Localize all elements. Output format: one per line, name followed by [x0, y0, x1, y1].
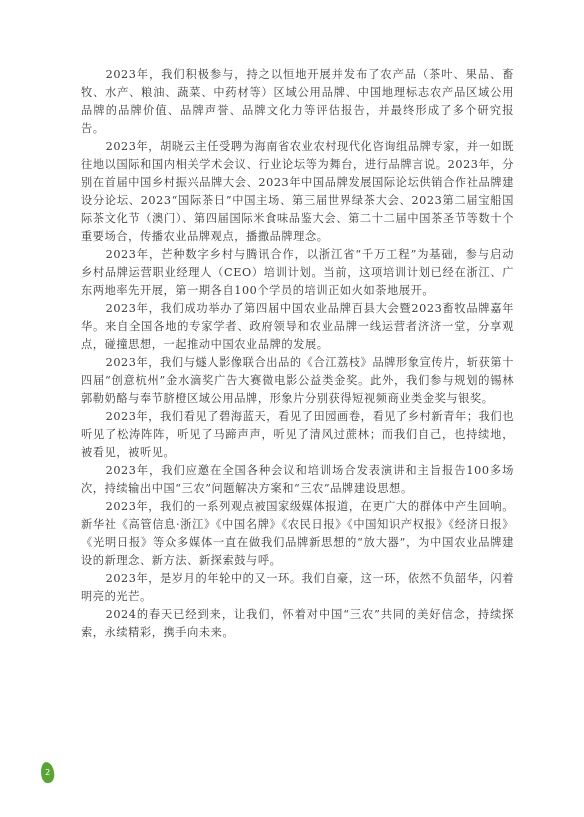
paragraph: 2023年，我们的一系列观点被国家级媒体报道，在更广大的群体中产生回响。新华社《… — [81, 498, 514, 570]
paragraph: 2023年，我们积极参与，持之以恒地开展并发布了农产品（茶叶、果品、畜牧、水产、… — [81, 66, 514, 138]
page-number: 2 — [45, 769, 50, 777]
paragraph: 2024的春天已经到来，让我们，怀着对中国“三农”共同的美好信念，持续探索，永续… — [81, 606, 514, 642]
leaf-icon: 2 — [40, 761, 56, 784]
paragraph: 2023年，芒种数字乡村与腾讯合作，以浙江省“千万工程”为基础，参与启动乡村品牌… — [81, 246, 514, 300]
paragraph: 2023年，是岁月的年轮中的又一环。我们自豪，这一环，依然不负韶华，闪着明亮的光… — [81, 570, 514, 606]
body-text: 2023年，我们积极参与，持之以恒地开展并发布了农产品（茶叶、果品、畜牧、水产、… — [81, 66, 514, 642]
paragraph: 2023年，我们成功举办了第四届中国农业品牌百县大会暨2023畜牧品牌嘉年华。来… — [81, 300, 514, 354]
paragraph: 2023年，胡晓云主任受聘为海南省农业农村现代化咨询组品牌专家，并一如既往地以国… — [81, 138, 514, 246]
paragraph: 2023年，我们应邀在全国各种会议和培训场合发表演讲和主旨报告100多场次，持续… — [81, 462, 514, 498]
paragraph: 2023年，我们与燧人影像联合出品的《合江荔枝》品牌形象宣传片，斩获第十四届“创… — [81, 354, 514, 408]
paragraph: 2023年，我们看见了碧海蓝天，看见了田园画卷，看见了乡村新青年；我们也听见了松… — [81, 408, 514, 462]
document-page: 2023年，我们积极参与，持之以恒地开展并发布了农产品（茶叶、果品、畜牧、水产、… — [0, 0, 584, 817]
